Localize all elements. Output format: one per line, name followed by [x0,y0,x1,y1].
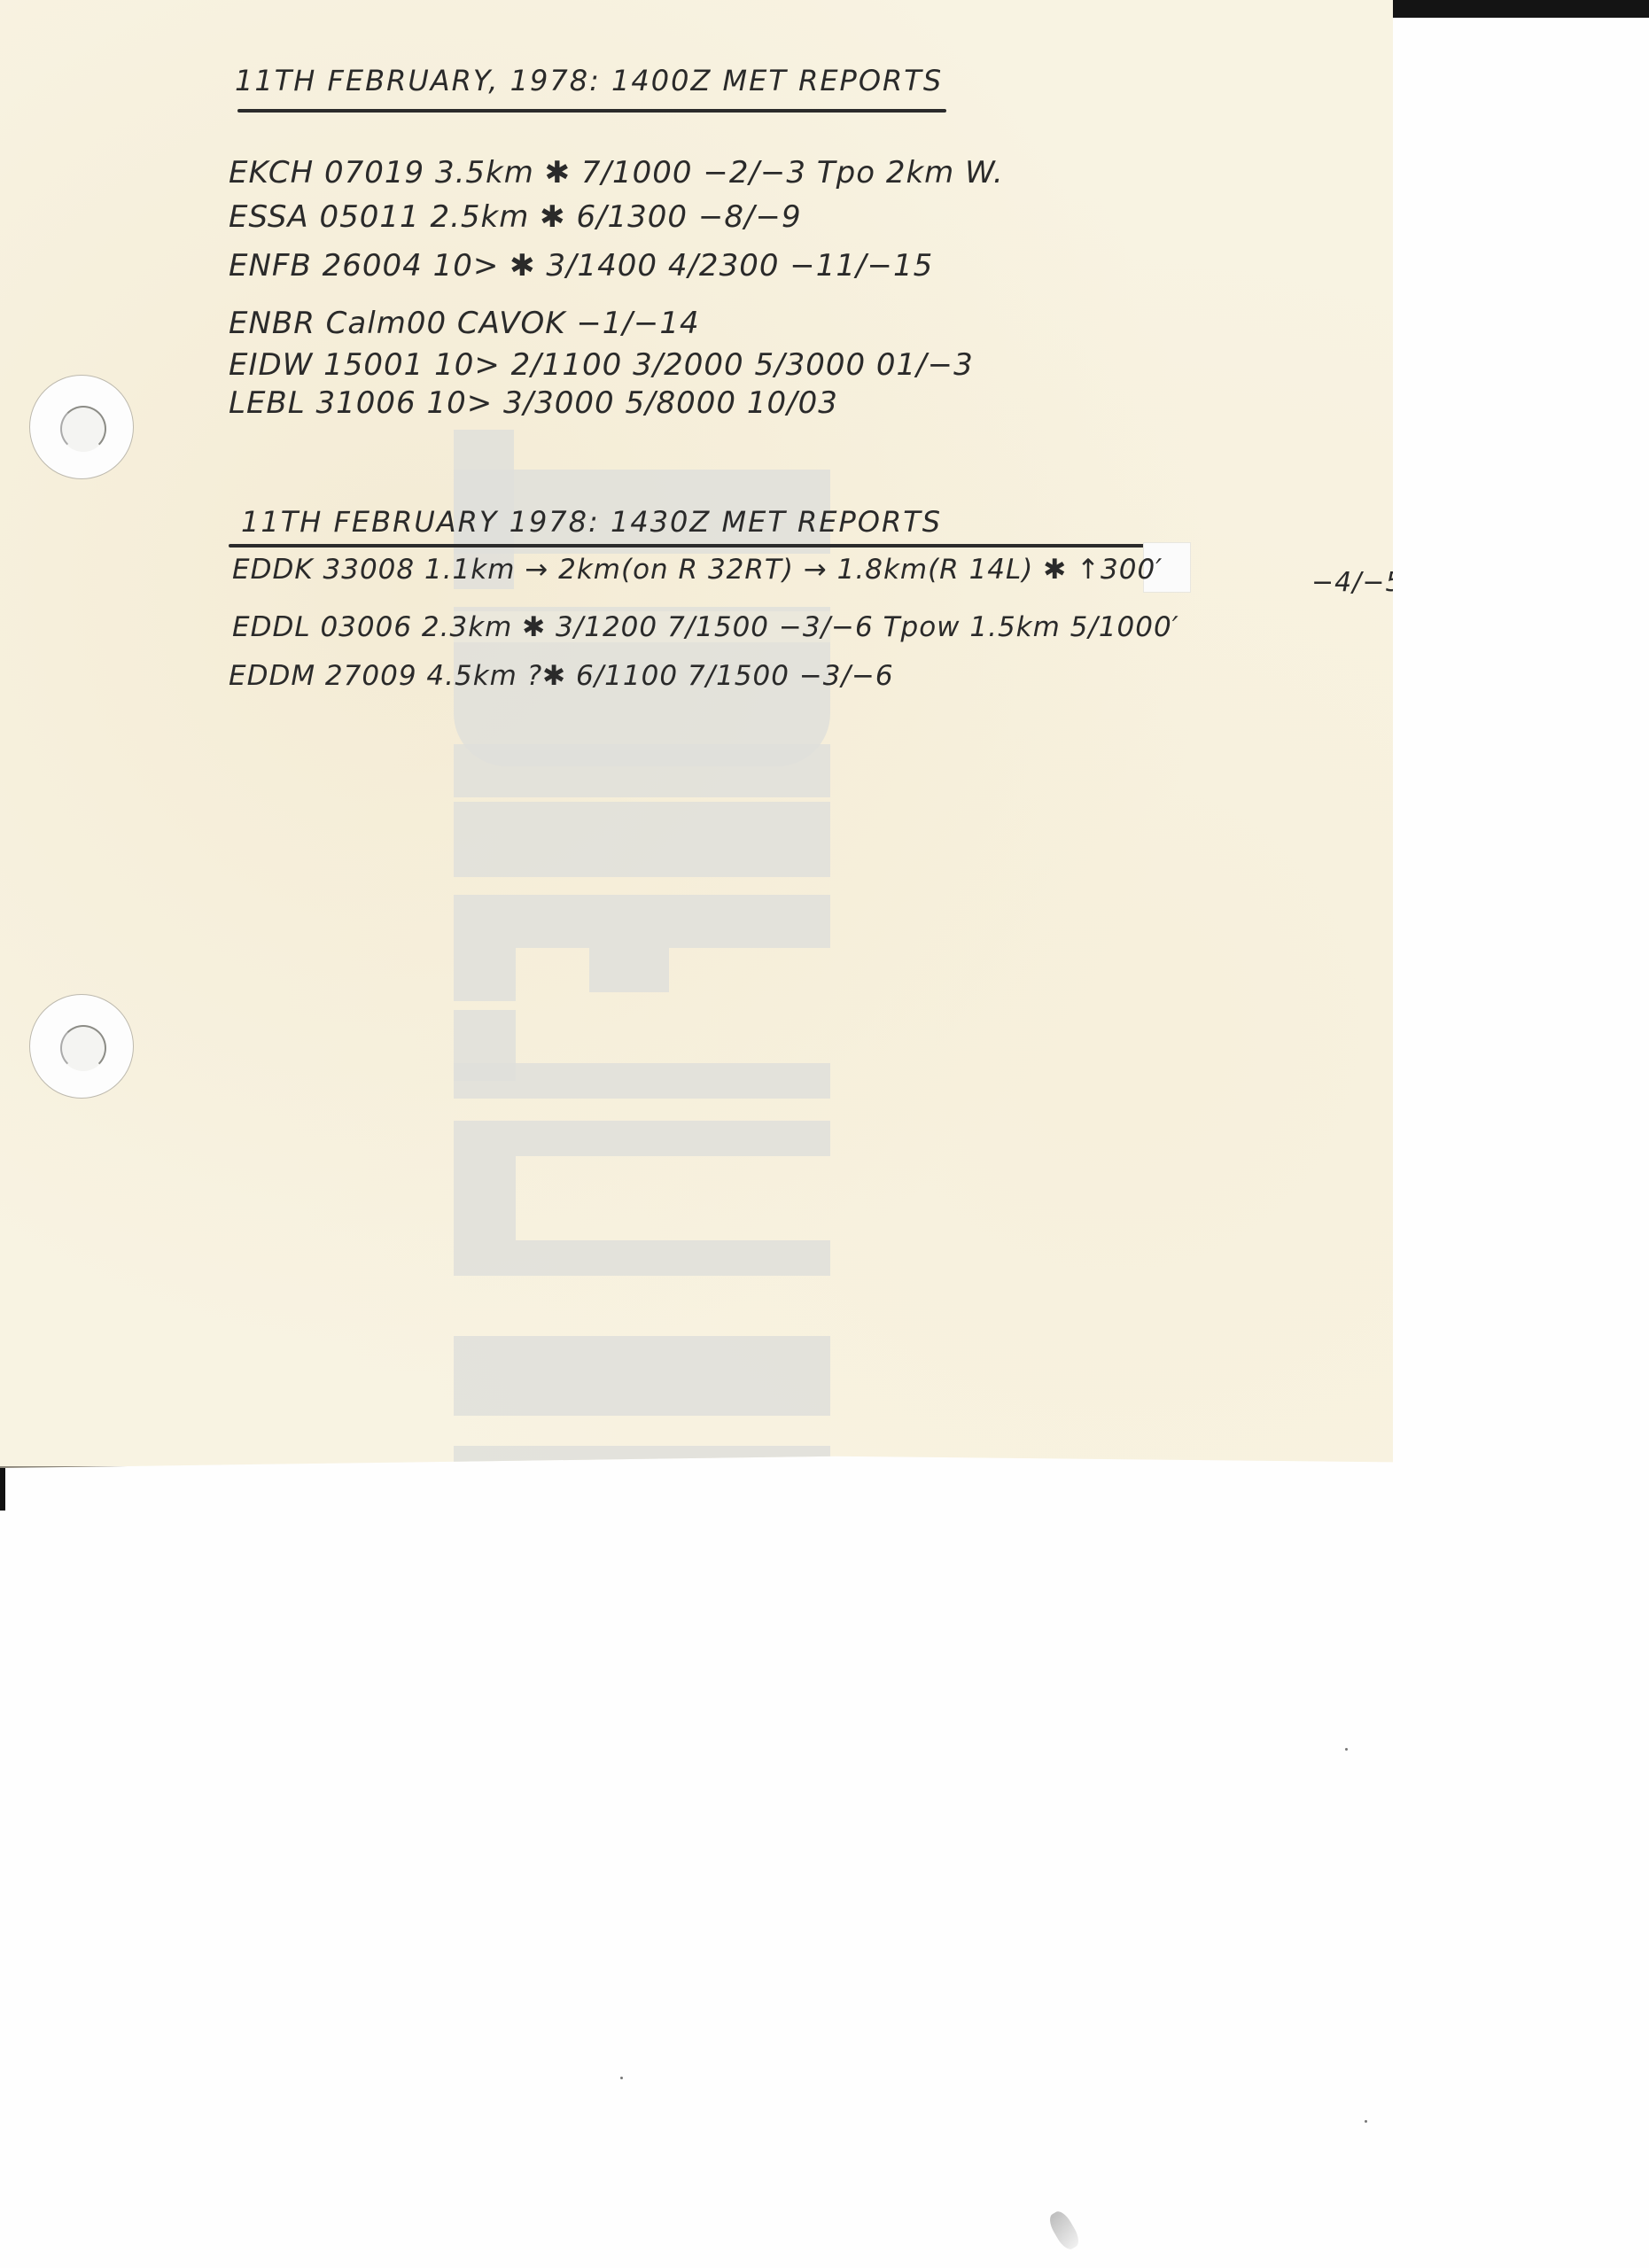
heading-underline [229,544,1186,548]
met-report-eidw: EIDW 15001 10> 2/1100 3/2000 5/3000 01/−… [229,347,974,383]
met-report-eddl-temp-note: −4/−5 [1311,567,1404,598]
show-through-block [454,802,830,877]
met-report-essa: ESSA 05011 2.5km ✱ 6/1300 −8/−9 [229,199,802,235]
met-report-enbr: ENBR Calm00 CAVOK −1/−14 [229,306,700,341]
dust-speck [620,2077,623,2079]
heading-underline [237,109,946,113]
show-through-block [454,948,516,1001]
met-report-ekch: EKCH 07019 3.5km ✱ 7/1000 −2/−3 Tpo 2km … [229,155,1004,190]
scanner-edge-top [1391,0,1649,18]
dust-speck [1345,1748,1348,1751]
punch-hole-reinforcement [29,994,134,1099]
met-report-eddk: EDDK 33008 1.1km → 2km(on R 32RT) → 1.8k… [232,554,1163,586]
section-heading-1400z: 11TH FEBRUARY, 1978: 1400Z MET REPORTS [235,64,943,97]
show-through-block [454,1156,516,1240]
show-through-block [454,1336,830,1416]
show-through-block [454,1446,830,1465]
met-report-enfb: ENFB 26004 10> ✱ 3/1400 4/2300 −11/−15 [229,248,933,283]
met-report-eddl: EDDL 03006 2.3km ✱ 3/1200 7/1500 −3/−6 T… [232,611,1179,643]
show-through-block [454,895,830,948]
show-through-block [589,948,669,992]
show-through-block [454,1121,830,1156]
show-through-block [454,744,830,797]
scanner-edge-left [0,1466,5,1511]
paper-sheet: 11TH FEBRUARY, 1978: 1400Z MET REPORTS E… [0,0,1393,1468]
show-through-block [454,1240,830,1276]
section-heading-1430z: 11TH FEBRUARY 1978: 1430Z MET REPORTS [241,505,942,539]
show-through-block [454,1063,830,1099]
dust-speck [1365,2120,1367,2123]
met-report-lebl: LEBL 31006 10> 3/3000 5/8000 10/03 [229,385,838,421]
scanner-smudge [1046,2209,1083,2253]
met-report-eddm: EDDM 27009 4.5km ?✱ 6/1100 7/1500 −3/−6 [229,660,894,692]
punch-hole-reinforcement [29,375,134,479]
